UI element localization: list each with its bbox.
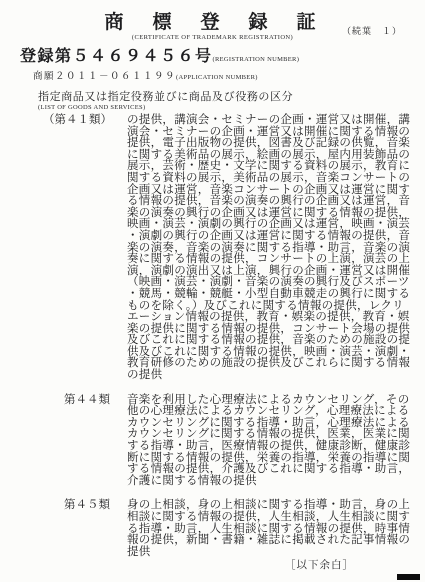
registration-number-english-label: (REGISTRATION NUMBER) <box>213 56 300 63</box>
class-text-line: エーション情報の提供，教育・娯楽の提供，教育・娯 <box>127 312 425 324</box>
document-title: 商 標 登 録 証 <box>104 13 320 33</box>
application-number-english-label: (APPLICATION NUMBER) <box>176 74 258 81</box>
class-label: （第４１類） <box>43 115 127 127</box>
goods-and-services-heading-english: (LIST OF GOODS AND SERVICES) <box>38 104 425 111</box>
class-text: 音楽を利用した心理療法によるカウンセリング，その他の心理療法によるカウンセリング… <box>127 395 425 488</box>
application-number-line: 商願２０１１－０６１１９９(APPLICATION NUMBER) <box>33 69 425 83</box>
class-text-line: 報の提供，新聞・書籍・雑誌に掲載された記事情報の <box>127 535 425 547</box>
class-text-line: の提供，講演会・セミナーの企画・運営又は開催，講 <box>127 115 425 127</box>
class-text-line: ・演劇の興行の企画又は運営に関する情報の提供，音 <box>127 231 425 243</box>
class-label: 第４４類 <box>43 395 127 407</box>
goods-and-services-heading: 指定商品又は指定役務並びに商品及び役務の区分 <box>38 91 425 103</box>
registration-number-line: 登録第５４６９４５６号(REGISTRATION NUMBER) <box>20 48 425 68</box>
class-text-line: する指導・助言，医療情報の提供，健康診断，健康診 <box>127 441 425 453</box>
end-of-text-note: ［以下余白］ <box>285 560 425 572</box>
certificate-page: （続葉 １） 商 標 登 録 証 (CERTIFICATE OF TRADEMA… <box>0 0 425 582</box>
scan-corner-mark <box>397 574 420 580</box>
class-text-line: 教育研修のための施設の提供及びこれらに関する情報 <box>127 358 425 370</box>
registration-number: 登録第５４６９４５６号 <box>20 48 213 65</box>
class-text-line: 提供 <box>127 547 425 559</box>
class-list: （第４１類）の提供，講演会・セミナーの企画・運営又は開催，講演会・セミナーの企画… <box>43 115 425 558</box>
class-text-line: 介護に関する情報の提供 <box>127 476 425 488</box>
class-text-line: 関する資料の展示，美術品の展示，音楽コンサートの <box>127 173 425 185</box>
class-block: 第４５類身の上相談，身の上相談に関する指導・助言，身の上相談に関する情報の提供，… <box>43 500 425 558</box>
class-block: （第４１類）の提供，講演会・セミナーの企画・運営又は開催，講演会・セミナーの企画… <box>43 115 425 382</box>
class-block: 第４４類音楽を利用した心理療法によるカウンセリング，その他の心理療法によるカウン… <box>43 395 425 488</box>
class-text-line: の提供 <box>127 370 425 382</box>
class-text-line: る情報の提供，音楽の演奏の興行の企画又は運営，音 <box>127 196 425 208</box>
class-text-line: ・競馬・競輪・競艇・小型自動車競走の興行に関する <box>127 289 425 301</box>
class-text-line: 相談に関する情報の提供，人生相談，人生相談に関す <box>127 512 425 524</box>
class-text: 身の上相談，身の上相談に関する指導・助言，身の上相談に関する情報の提供，人生相談… <box>127 500 425 558</box>
class-text: の提供，講演会・セミナーの企画・運営又は開催，講演会・セミナーの企画・運営又は開… <box>127 115 425 382</box>
continuation-sheet-note: （続葉 １） <box>342 24 402 37</box>
application-number: 商願２０１１－０６１１９９ <box>33 72 176 82</box>
class-label: 第４５類 <box>43 500 127 512</box>
class-text-line: 奏に関する情報の提供，コンサートの上演，演芸の上 <box>127 254 425 266</box>
